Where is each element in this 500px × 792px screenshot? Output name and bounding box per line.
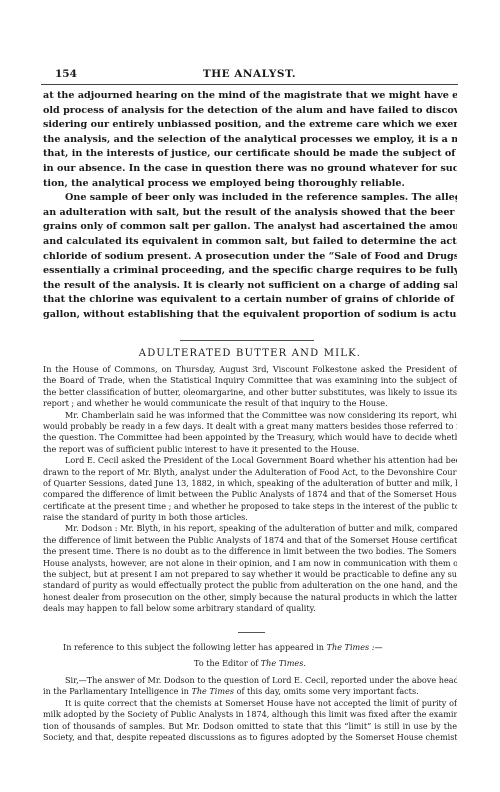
text-line: that, in the interests of justice, our c…: [43, 147, 457, 162]
text-line: In reference to this subject the followi…: [63, 642, 457, 653]
text-line: raise the standard of purity in both tho…: [43, 512, 457, 523]
text-line: sidering our entirely unbiassed position…: [43, 118, 457, 133]
text-line: the Board of Trade, when the Statistical…: [43, 375, 457, 386]
continued-paragraphs: at the adjourned hearing on the mind of …: [43, 89, 457, 323]
text-fragment: of this day, omits some very important f…: [234, 686, 419, 696]
text-line: and calculated its equivalent in common …: [43, 235, 457, 250]
text-line: tion of thousands of samples. But Mr. Do…: [43, 721, 457, 732]
text-line: It is quite correct that the chemists at…: [43, 698, 457, 709]
text-line: compared the difference of limit between…: [43, 489, 457, 500]
text-line: grains only of common salt per gallon. T…: [43, 220, 457, 235]
text-line: One sample of beer only was included in …: [43, 191, 457, 206]
text-line: in our absence. In the case in question …: [43, 162, 457, 177]
intro-text: In reference to this subject the followi…: [63, 642, 327, 652]
text-line: Sir,—The answer of Mr. Dodson to the que…: [43, 675, 457, 686]
text-line: gallon, without establishing that the eq…: [43, 308, 457, 323]
text-line: the subject, but at present I am not pre…: [43, 569, 457, 580]
section-title: ADULTERATED BUTTER AND MILK.: [0, 348, 500, 359]
section-body: In the House of Commons, on Thursday, Au…: [43, 364, 457, 615]
text-line: an adulteration with salt, but the resul…: [43, 206, 457, 221]
text-line: the result of the analysis. It is clearl…: [43, 279, 457, 294]
text-line: Mr. Chamberlain said he was informed tha…: [43, 410, 457, 421]
text-line: standard of purity as would effectually …: [43, 580, 457, 591]
text-line: the analysis, and the selection of the a…: [43, 133, 457, 148]
text-line: the difference of limit between the Publ…: [43, 535, 457, 546]
journal-title: THE ANALYST.: [41, 68, 458, 80]
text-line: of Quarter Sessions, dated June 13, 1882…: [43, 478, 457, 489]
text-line: Mr. Dodson : Mr. Blyth, in his report, s…: [43, 523, 457, 534]
text-line: certificate at the present time ; and wh…: [43, 501, 457, 512]
text-line: deals may happen to fall below some arbi…: [43, 603, 457, 614]
letter-addressee: To the Editor of The Times.: [0, 658, 500, 668]
text-line: would probably be ready in a few days. I…: [43, 421, 457, 432]
letter-intro: In reference to this subject the followi…: [63, 642, 457, 653]
text-line: House analysts, however, are not alone i…: [43, 558, 457, 569]
text-line: old process of analysis for the detectio…: [43, 104, 457, 119]
newspaper-name: The Times :—: [327, 642, 383, 652]
text-line: In the House of Commons, on Thursday, Au…: [43, 364, 457, 375]
document-page: 154 THE ANALYST. at the adjourned hearin…: [0, 0, 500, 792]
text-line: the question. The Committee had been app…: [43, 432, 457, 443]
newspaper-name: The Times.: [261, 658, 306, 668]
header-rule: [41, 84, 458, 85]
section-divider: [180, 340, 314, 341]
text-line: the report was of sufficient public inte…: [43, 444, 457, 455]
text-line: in the Parliamentary Intelligence in The…: [43, 686, 457, 697]
letter-body: Sir,—The answer of Mr. Dodson to the que…: [43, 675, 457, 743]
text-line: drawn to the report of Mr. Blyth, analys…: [43, 467, 457, 478]
text-line: Society, and that, despite repeated disc…: [43, 732, 457, 743]
text-line: chloride of sodium present. A prosecutio…: [43, 250, 457, 265]
text-line: the present time. There is no doubt as t…: [43, 546, 457, 557]
text-line: tion, the analytical process we employed…: [43, 177, 457, 192]
text-line: at the adjourned hearing on the mind of …: [43, 89, 457, 104]
text-line: milk adopted by the Society of Public An…: [43, 709, 457, 720]
text-line: the better classification of butter, ole…: [43, 387, 457, 398]
newspaper-name: The Times: [191, 686, 234, 696]
text-fragment: in the Parliamentary Intelligence in: [43, 686, 191, 696]
text-line: Lord E. Cecil asked the President of the…: [43, 455, 457, 466]
text-line: report ; and whether he would communicat…: [43, 398, 457, 409]
addressee-text: To the Editor of: [194, 658, 261, 668]
short-divider: [238, 632, 265, 633]
running-head: 154 THE ANALYST.: [41, 68, 458, 82]
text-line: essentially a criminal proceeding, and t…: [43, 264, 457, 279]
text-line: that the chlorine was equivalent to a ce…: [43, 293, 457, 308]
text-line: honest dealer from prosecution on the ot…: [43, 592, 457, 603]
